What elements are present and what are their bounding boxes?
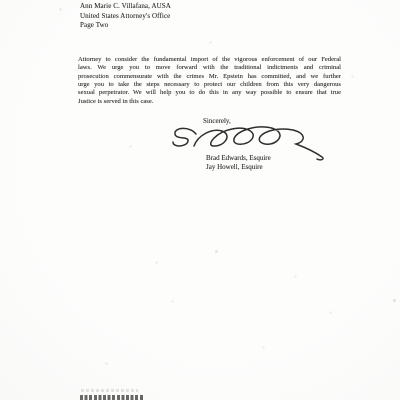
page-number-label: Page Two — [80, 21, 171, 31]
body-line: laws. We urge you to move forward with t… — [78, 64, 341, 72]
body-line: sexual perpetrator. We will help you to … — [78, 89, 341, 97]
illegible-footer-fragment-cutoff — [80, 395, 144, 400]
illegible-footer-fragment-faint — [81, 389, 138, 392]
body-line: Justice is served in this case. — [78, 98, 341, 106]
body-line: prosecution commensurate with the crimes… — [78, 73, 341, 81]
signatory-name: Jay Howell, Esquire — [206, 163, 271, 172]
scanned-letter-page: Ann Marie C. Villafana, AUSA United Stat… — [0, 0, 400, 400]
recipient-name: Ann Marie C. Villafana, AUSA — [80, 2, 171, 12]
recipient-office: United States Attorney's Office — [80, 12, 171, 22]
body-line: urge you to take the steps necessary to … — [78, 81, 341, 89]
signatory-block: Brad Edwards, Esquire Jay Howell, Esquir… — [206, 154, 271, 173]
signatory-name: Brad Edwards, Esquire — [206, 154, 271, 163]
scan-noise-specks — [0, 0, 1, 1]
letter-body-paragraph: Attorney to consider the fundamental imp… — [78, 56, 341, 106]
recipient-address-block: Ann Marie C. Villafana, AUSA United Stat… — [80, 2, 171, 31]
